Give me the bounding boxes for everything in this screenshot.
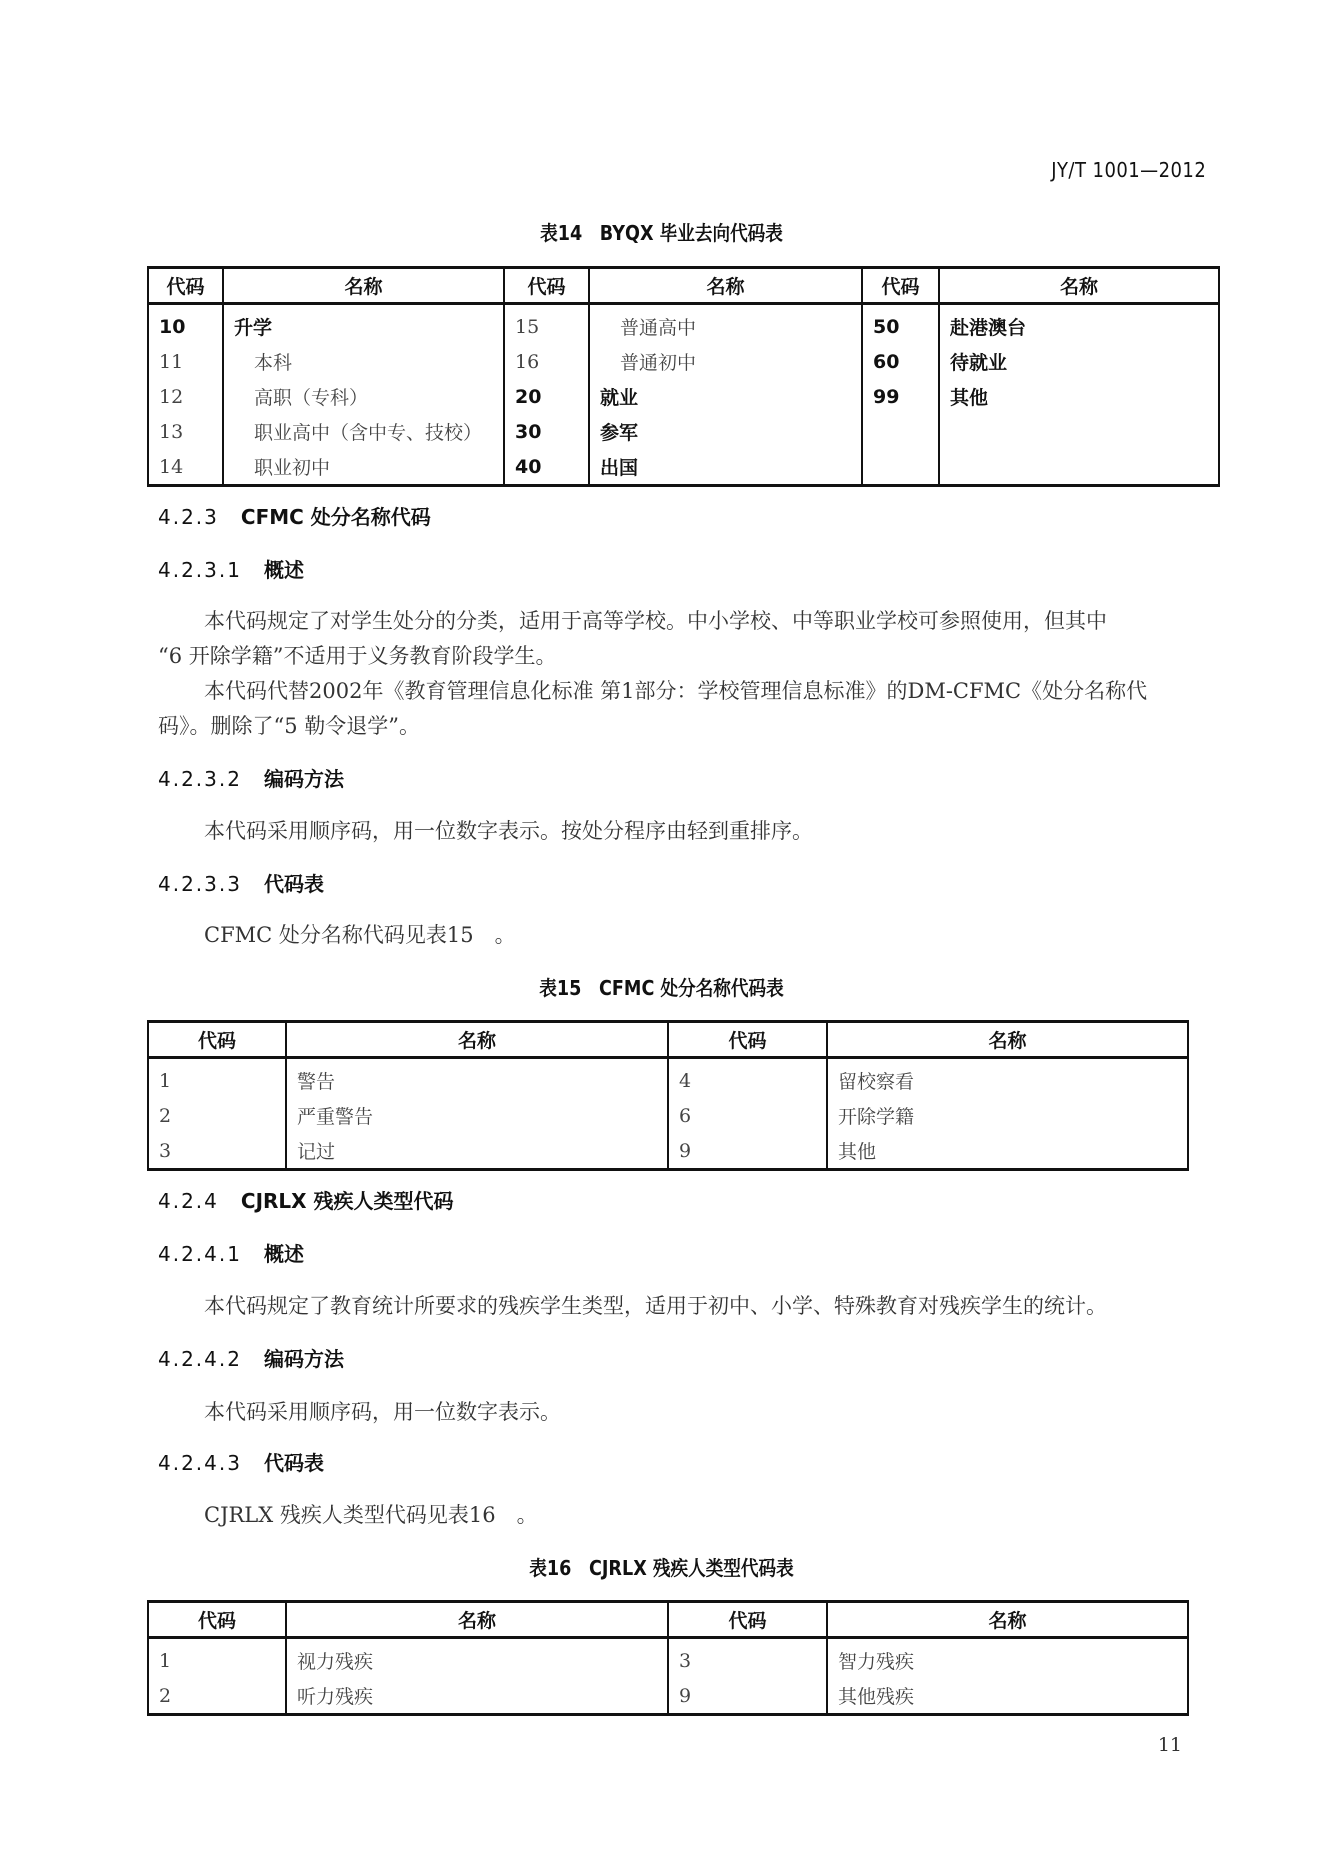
table16-header-row: 代码 名称 代码 名称 bbox=[148, 1602, 1188, 1638]
table14-header-row: 代码 名称 代码 名称 代码 名称 bbox=[148, 268, 1219, 304]
table-row: 11 本科 16 普通初中 60 待就业 bbox=[148, 344, 1219, 379]
standard-id: JY/T 1001—2012 bbox=[1051, 158, 1206, 182]
table16-header-name: 名称 bbox=[286, 1602, 668, 1638]
table16-header-code: 代码 bbox=[148, 1602, 286, 1638]
code-cell: 3 bbox=[148, 1133, 286, 1170]
paragraph-line: 本代码规定了对学生处分的分类，适用于高等学校。中小学校、中等职业学校可参照使用，… bbox=[204, 605, 1107, 635]
code-cell: 2 bbox=[148, 1098, 286, 1133]
name-cell bbox=[939, 414, 1219, 449]
table15-header-row: 代码 名称 代码 名称 bbox=[148, 1022, 1188, 1058]
code-cell: 2 bbox=[148, 1678, 286, 1715]
paragraph-line: 本代码采用顺序码，用一位数字表示。按处分程序由轻到重排序。 bbox=[204, 815, 813, 845]
code-cell: 10 bbox=[148, 304, 223, 345]
name-cell: 警告 bbox=[286, 1058, 668, 1099]
name-cell: 留校察看 bbox=[827, 1058, 1188, 1099]
section-heading-4-2-3-2: 4.2.3.2编码方法 bbox=[158, 763, 344, 792]
section-number: 4.2.3.2 bbox=[158, 767, 242, 791]
paragraph-line: CFMC 处分名称代码见表15 。 bbox=[204, 919, 516, 949]
section-title: 编码方法 bbox=[264, 1347, 344, 1371]
code-cell: 9 bbox=[668, 1678, 827, 1715]
table14-header-name: 名称 bbox=[939, 268, 1219, 304]
section-title: 编码方法 bbox=[264, 767, 344, 791]
table16-header-code: 代码 bbox=[668, 1602, 827, 1638]
table-row: 3 记过 9 其他 bbox=[148, 1133, 1188, 1170]
section-title: 概述 bbox=[264, 1242, 304, 1266]
table15-header-name: 名称 bbox=[827, 1022, 1188, 1058]
name-cell: 其他残疾 bbox=[827, 1678, 1188, 1715]
name-cell: 职业高中（含中专、技校） bbox=[223, 414, 504, 449]
name-cell: 就业 bbox=[589, 379, 862, 414]
name-cell: 待就业 bbox=[939, 344, 1219, 379]
name-cell: 其他 bbox=[827, 1133, 1188, 1170]
paragraph-line: CJRLX 残疾人类型代码见表16 。 bbox=[204, 1499, 538, 1529]
paragraph-line: 码》。删除了“5 勒令退学”。 bbox=[158, 710, 420, 740]
table14-title: 表14 BYQX 毕业去向代码表 bbox=[79, 217, 1243, 246]
section-title: 代码表 bbox=[264, 872, 324, 896]
code-cell: 15 bbox=[504, 304, 589, 345]
section-number: 4.2.4.2 bbox=[158, 1347, 242, 1371]
code-cell: 40 bbox=[504, 449, 589, 486]
table16: 代码 名称 代码 名称 1 视力残疾 3 智力残疾 2 听力残疾 9 其他残疾 bbox=[147, 1600, 1189, 1716]
table-row: 1 视力残疾 3 智力残疾 bbox=[148, 1638, 1188, 1679]
name-cell: 高职（专科） bbox=[223, 379, 504, 414]
section-heading-4-2-4-3: 4.2.4.3代码表 bbox=[158, 1447, 324, 1476]
section-title: CJRLX 残疾人类型代码 bbox=[241, 1189, 454, 1213]
section-number: 4.2.3.3 bbox=[158, 872, 242, 896]
section-heading-4-2-4: 4.2.4CJRLX 残疾人类型代码 bbox=[158, 1185, 454, 1214]
section-number: 4.2.3.1 bbox=[158, 558, 242, 582]
section-number: 4.2.4.3 bbox=[158, 1451, 242, 1475]
name-cell: 严重警告 bbox=[286, 1098, 668, 1133]
section-heading-4-2-4-2: 4.2.4.2编码方法 bbox=[158, 1343, 344, 1372]
paragraph-line: 本代码采用顺序码，用一位数字表示。 bbox=[204, 1396, 561, 1426]
name-cell: 职业初中 bbox=[223, 449, 504, 486]
code-cell: 13 bbox=[148, 414, 223, 449]
table-row: 12 高职（专科） 20 就业 99 其他 bbox=[148, 379, 1219, 414]
table15-header-code: 代码 bbox=[668, 1022, 827, 1058]
section-title: 概述 bbox=[264, 558, 304, 582]
table-row: 2 听力残疾 9 其他残疾 bbox=[148, 1678, 1188, 1715]
table14-header-code: 代码 bbox=[148, 268, 223, 304]
name-cell: 参军 bbox=[589, 414, 862, 449]
section-number: 4.2.4.1 bbox=[158, 1242, 242, 1266]
code-cell: 14 bbox=[148, 449, 223, 486]
section-number: 4.2.3 bbox=[158, 505, 219, 529]
page-number: 11 bbox=[1158, 1734, 1182, 1756]
paragraph-line: 本代码规定了教育统计所要求的残疾学生类型，适用于初中、小学、特殊教育对残疾学生的… bbox=[204, 1290, 1107, 1320]
section-heading-4-2-3-3: 4.2.3.3代码表 bbox=[158, 868, 324, 897]
code-cell bbox=[862, 414, 939, 449]
table-row: 13 职业高中（含中专、技校） 30 参军 bbox=[148, 414, 1219, 449]
name-cell: 记过 bbox=[286, 1133, 668, 1170]
code-cell: 12 bbox=[148, 379, 223, 414]
name-cell: 其他 bbox=[939, 379, 1219, 414]
name-cell: 本科 bbox=[223, 344, 504, 379]
name-cell: 赴港澳台 bbox=[939, 304, 1219, 345]
code-cell: 50 bbox=[862, 304, 939, 345]
code-cell: 11 bbox=[148, 344, 223, 379]
table-row: 10 升学 15 普通高中 50 赴港澳台 bbox=[148, 304, 1219, 345]
name-cell: 普通初中 bbox=[589, 344, 862, 379]
name-cell: 视力残疾 bbox=[286, 1638, 668, 1679]
code-cell: 4 bbox=[668, 1058, 827, 1099]
name-cell: 听力残疾 bbox=[286, 1678, 668, 1715]
table15: 代码 名称 代码 名称 1 警告 4 留校察看 2 严重警告 6 开除学籍 3 … bbox=[147, 1020, 1189, 1171]
name-cell: 升学 bbox=[223, 304, 504, 345]
name-cell: 普通高中 bbox=[589, 304, 862, 345]
section-title: CFMC 处分名称代码 bbox=[241, 505, 431, 529]
table-row: 14 职业初中 40 出国 bbox=[148, 449, 1219, 486]
name-cell: 出国 bbox=[589, 449, 862, 486]
table15-header-code: 代码 bbox=[148, 1022, 286, 1058]
code-cell: 3 bbox=[668, 1638, 827, 1679]
section-number: 4.2.4 bbox=[158, 1189, 219, 1213]
paragraph-line: “6 开除学籍”不适用于义务教育阶段学生。 bbox=[158, 640, 557, 670]
section-title: 代码表 bbox=[264, 1451, 324, 1475]
name-cell bbox=[939, 449, 1219, 486]
table15-header-name: 名称 bbox=[286, 1022, 668, 1058]
name-cell: 开除学籍 bbox=[827, 1098, 1188, 1133]
code-cell: 30 bbox=[504, 414, 589, 449]
code-cell bbox=[862, 449, 939, 486]
name-cell: 智力残疾 bbox=[827, 1638, 1188, 1679]
section-heading-4-2-3: 4.2.3CFMC 处分名称代码 bbox=[158, 501, 431, 530]
code-cell: 9 bbox=[668, 1133, 827, 1170]
paragraph-line: 本代码代替2002年《教育管理信息化标准 第1部分：学校管理信息标准》的DM-C… bbox=[204, 675, 1147, 705]
section-heading-4-2-4-1: 4.2.4.1概述 bbox=[158, 1238, 304, 1267]
table-row: 1 警告 4 留校察看 bbox=[148, 1058, 1188, 1099]
table14-header-name: 名称 bbox=[223, 268, 504, 304]
code-cell: 99 bbox=[862, 379, 939, 414]
code-cell: 6 bbox=[668, 1098, 827, 1133]
table15-title: 表15 CFMC 处分名称代码表 bbox=[79, 972, 1243, 1001]
code-cell: 1 bbox=[148, 1638, 286, 1679]
table14: 代码 名称 代码 名称 代码 名称 10 升学 15 普通高中 50 赴港澳台 … bbox=[147, 266, 1220, 487]
table16-header-name: 名称 bbox=[827, 1602, 1188, 1638]
code-cell: 60 bbox=[862, 344, 939, 379]
table14-header-name: 名称 bbox=[589, 268, 862, 304]
code-cell: 1 bbox=[148, 1058, 286, 1099]
table-row: 2 严重警告 6 开除学籍 bbox=[148, 1098, 1188, 1133]
section-heading-4-2-3-1: 4.2.3.1概述 bbox=[158, 554, 304, 583]
code-cell: 16 bbox=[504, 344, 589, 379]
table16-title: 表16 CJRLX 残疾人类型代码表 bbox=[79, 1552, 1243, 1581]
table14-header-code: 代码 bbox=[504, 268, 589, 304]
code-cell: 20 bbox=[504, 379, 589, 414]
table14-header-code: 代码 bbox=[862, 268, 939, 304]
